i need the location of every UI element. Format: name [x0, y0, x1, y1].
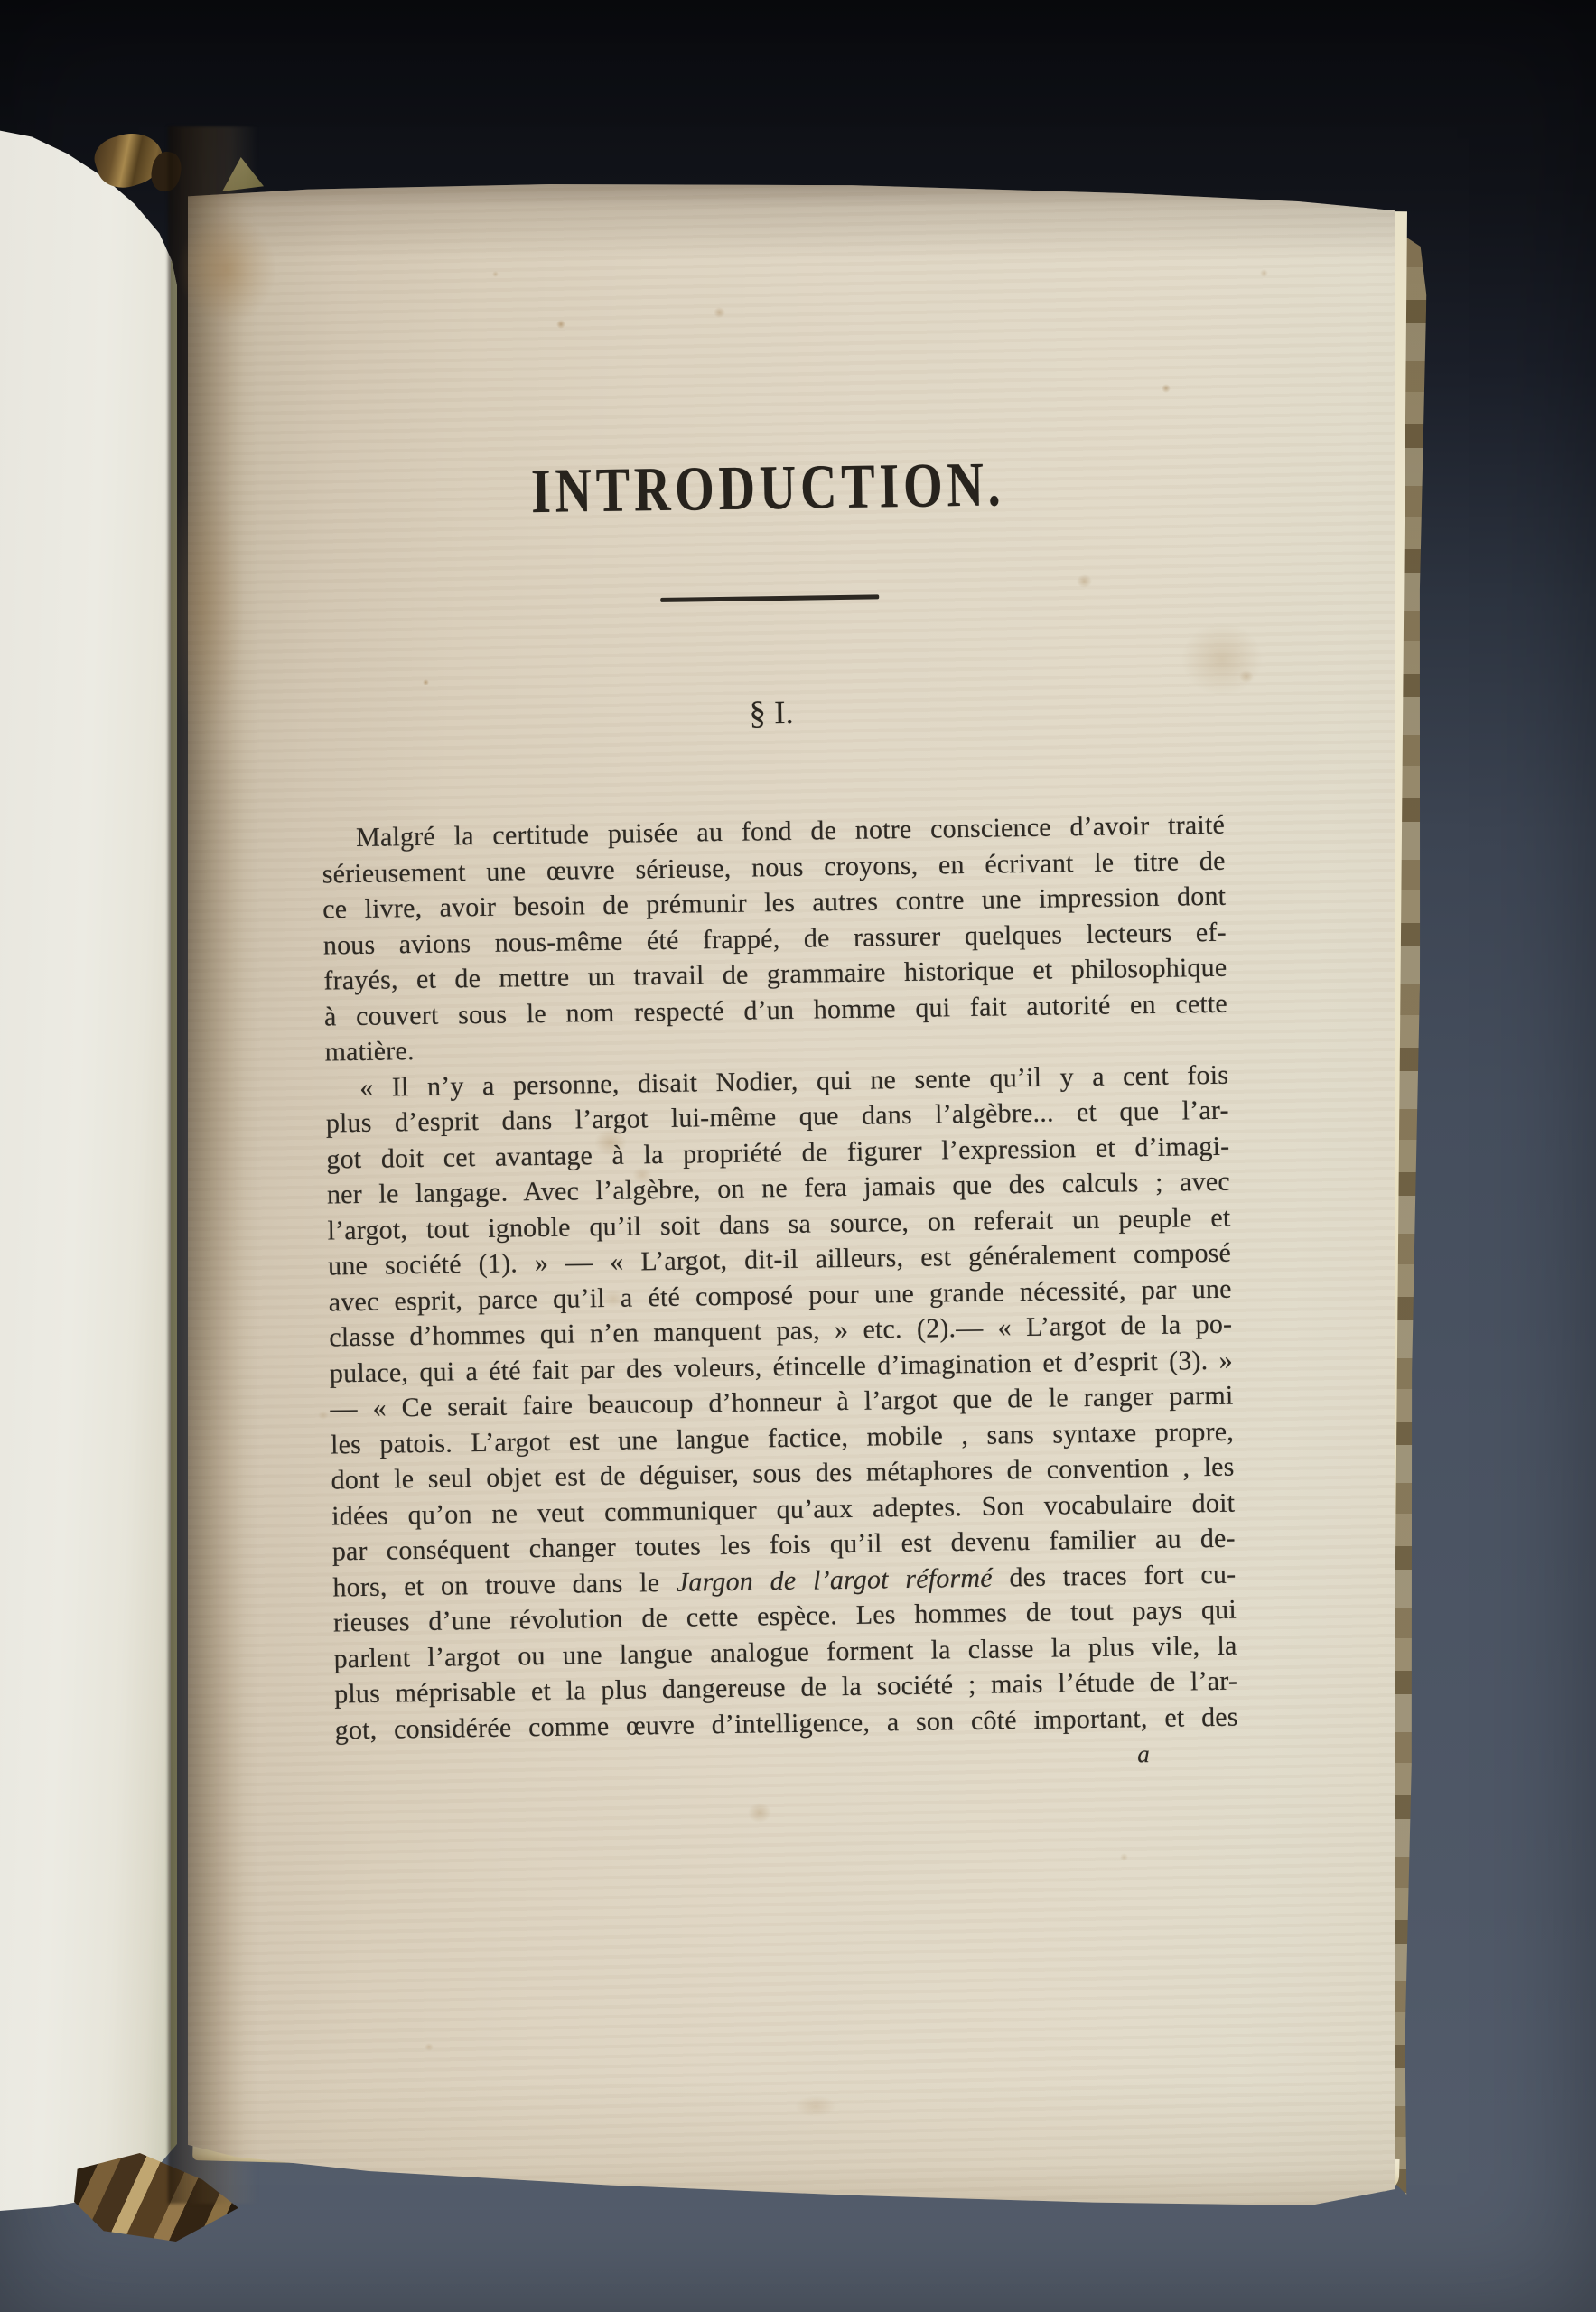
chapter-title-text: INTRODUCTION. [531, 456, 1005, 521]
book-photo: INTRODUCTION. § I. Malgré la certitude p… [0, 0, 1596, 2312]
body-lines: Malgré la certitude puisée au fond de no… [322, 807, 1238, 1748]
page-text: INTRODUCTION. § I. Malgré la certitude p… [316, 453, 1238, 1780]
chapter-title: INTRODUCTION. [316, 453, 1220, 525]
left-page [0, 114, 177, 2211]
section-heading: § I. [320, 687, 1224, 741]
title-divider-rule [660, 594, 879, 602]
gutter-shadow [168, 126, 258, 2204]
